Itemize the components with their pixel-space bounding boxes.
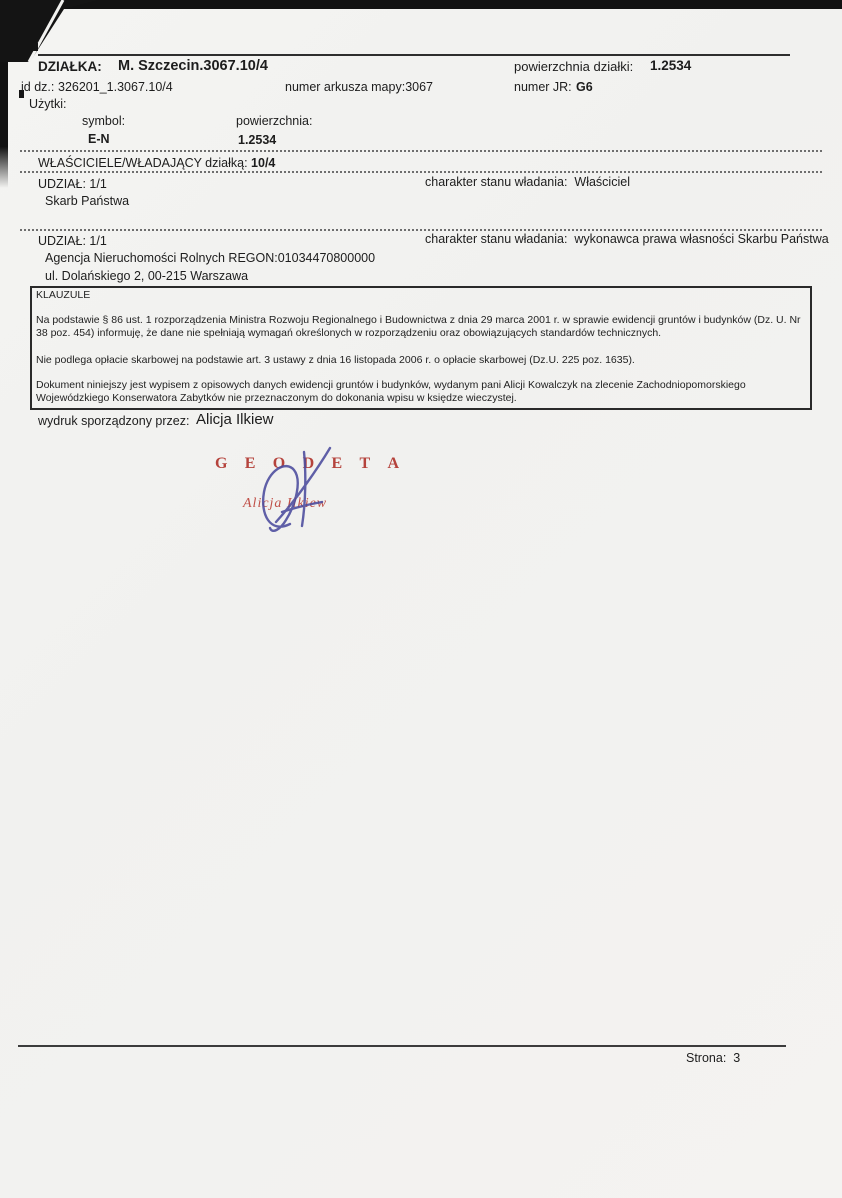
printed-by-value: Alicja Ilkiew [196, 411, 274, 428]
scanned-document-page: DZIAŁKA: M. Szczecin.3067.10/4 powierzch… [0, 0, 842, 1198]
scan-edge-top [0, 0, 842, 9]
dotted-separator [20, 171, 822, 173]
parcel-reg-id-value: 326201_1.3067.10/4 [58, 80, 173, 94]
dotted-separator [20, 150, 822, 152]
tenure-row: charakter stanu władania: wykonawca praw… [425, 232, 829, 246]
clauses-box: KLAUZULE Na podstawie § 86 ust. 1 rozpor… [30, 286, 812, 410]
map-sheet-caption: numer arkusza mapy: [285, 80, 405, 94]
handwritten-signature [252, 442, 352, 537]
clauses-title: KLAUZULE [36, 289, 90, 301]
owners-heading: WŁAŚCICIELE/WŁADAJĄCY działką: 10/4 [38, 156, 275, 170]
parcel-area-value: 1.2534 [650, 58, 691, 73]
scan-speck [33, 43, 38, 51]
jr-number-label: numer JR: [514, 80, 572, 94]
page-number: Strona: 3 [686, 1051, 740, 1065]
parcel-id: M. Szczecin.3067.10/4 [118, 58, 268, 74]
map-sheet-number: 3067 [405, 80, 433, 94]
owner-name: Skarb Państwa [45, 194, 129, 208]
jr-number-value: G6 [576, 80, 593, 94]
parcel-area-label: powierzchnia działki: [514, 59, 633, 74]
land-use-symbol-value: E-N [88, 132, 110, 146]
tenure-row: charakter stanu władania: Właściciel [425, 175, 630, 189]
share-row: UDZIAŁ: 1/1 [38, 177, 107, 191]
tenure-value: Właściciel [574, 175, 630, 189]
share-value: 1/1 [89, 177, 106, 191]
footer-rule [18, 1045, 786, 1047]
share-label: UDZIAŁ: [38, 177, 86, 191]
map-sheet-label: numer arkusza mapy:3067 [285, 80, 433, 94]
parcel-reg-id-label: id dz.: [21, 80, 54, 94]
dotted-separator [20, 229, 822, 231]
header-rule [38, 54, 790, 56]
parcel-label: DZIAŁKA: [38, 59, 102, 74]
tenure-value: wykonawca prawa własności Skarbu Państwa [574, 232, 828, 246]
land-use-area-label: powierzchnia: [236, 114, 312, 128]
share-row: UDZIAŁ: 1/1 [38, 234, 107, 248]
land-use-symbol-label: symbol: [82, 114, 125, 128]
share-value: 1/1 [89, 234, 106, 248]
page-number-value: 3 [733, 1051, 740, 1065]
tenure-label: charakter stanu władania: [425, 232, 567, 246]
clause-paragraph: Na podstawie § 86 ust. 1 rozporządzenia … [36, 314, 804, 339]
owners-heading-label: WŁAŚCICIELE/WŁADAJĄCY działką: [38, 156, 248, 170]
scan-corner-fold [0, 0, 110, 62]
printed-by-label: wydruk sporządzony przez: [38, 414, 189, 428]
owner-address: ul. Dolańskiego 2, 00-215 Warszawa [45, 269, 248, 283]
page-number-label: Strona: [686, 1051, 726, 1065]
owners-heading-value: 10/4 [251, 156, 275, 170]
clause-paragraph: Nie podlega opłacie skarbowej na podstaw… [36, 354, 804, 367]
land-use-area-value: 1.2534 [238, 133, 276, 147]
clause-paragraph: Dokument niniejszy jest wypisem z opisow… [36, 379, 804, 404]
tenure-label: charakter stanu władania: [425, 175, 567, 189]
owner-name: Agencja Nieruchomości Rolnych REGON:0103… [45, 251, 375, 265]
land-use-label: Użytki: [29, 97, 67, 111]
share-label: UDZIAŁ: [38, 234, 86, 248]
